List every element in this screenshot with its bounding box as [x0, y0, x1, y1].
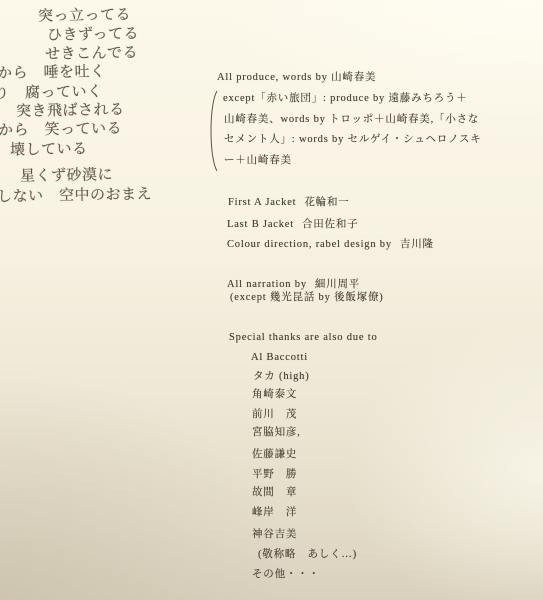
credit-role: Colour direction, rabel design by: [227, 239, 392, 250]
exception-line: セメント人」: words by セルゲイ・シュヘロノスキ: [224, 135, 482, 146]
lyric-line: 壊している: [10, 141, 88, 157]
thanks-others: その他・・・: [252, 570, 320, 581]
lyric-line: から 唾を吐く: [0, 64, 106, 81]
lyric-line: ひきずってる: [47, 26, 139, 43]
credit-role: First A Jacket: [228, 197, 296, 208]
thanks-name: Al Baccotti: [251, 353, 308, 364]
narration-line: All narration by細川周平: [227, 280, 360, 291]
credit-last-jacket: Last B Jacket合田佐和子: [227, 220, 358, 231]
credit-name: 合田佐和子: [302, 219, 359, 230]
thanks-name: タカ (high): [253, 372, 310, 383]
thanks-name: 神谷吉美: [252, 530, 297, 541]
honorifics-note: (敬称略 あしく…): [258, 550, 357, 561]
exception-line: ー＋山崎春美: [224, 156, 292, 167]
credit-first-jacket: First A Jacket花輪和一: [228, 198, 350, 209]
produce-words-line: All produce, words by 山崎春美: [217, 73, 376, 84]
thanks-name: 宮脇知彦,: [252, 428, 301, 439]
thanks-name: 峰岸 洋: [252, 508, 297, 519]
exception-line: except「赤い旅団」: produce by 遠藤みちろう＋: [223, 94, 468, 105]
lyric-line: せきこんでる: [45, 45, 138, 62]
thanks-name: 前川 茂: [252, 410, 297, 421]
lyric-line: から 笑っている: [0, 121, 122, 138]
lyric-line: り 腐っていく: [0, 84, 103, 101]
thanks-name: 佐藤謙史: [252, 450, 297, 461]
lyric-line: 突き飛ばされる: [16, 102, 125, 119]
credit-name: 細川周平: [315, 279, 360, 290]
bracket-decoration: [206, 90, 220, 172]
narration-exception: (except 幾光昆話 by 後飯塚僚): [230, 293, 384, 304]
lyric-line: 星くず砂漠に: [20, 167, 113, 184]
thanks-name: 平野 勝: [252, 470, 297, 481]
credit-role: Last B Jacket: [227, 219, 294, 230]
special-thanks-heading: Special thanks are also due to: [229, 333, 378, 344]
credit-name: 花輪和一: [304, 197, 349, 208]
credit-role: All narration by: [227, 279, 307, 290]
liner-notes-sheet: 突っ立ってる ひきずってる せきこんでる から 唾を吐く り 腐っていく 突き飛…: [0, 0, 543, 600]
credit-colour-label-design: Colour direction, rabel design by吉川隆: [227, 240, 434, 251]
exception-line: 山崎春美、words by トロッポ＋山崎春美,「小さな: [224, 115, 479, 126]
lyric-line: 突っ立ってる: [38, 7, 131, 24]
thanks-name: 角崎泰文: [252, 390, 297, 401]
credit-name: 吉川隆: [400, 239, 434, 250]
lyric-line: しない 空中のおまえ: [0, 187, 152, 205]
thanks-name: 故間 章: [252, 488, 297, 499]
